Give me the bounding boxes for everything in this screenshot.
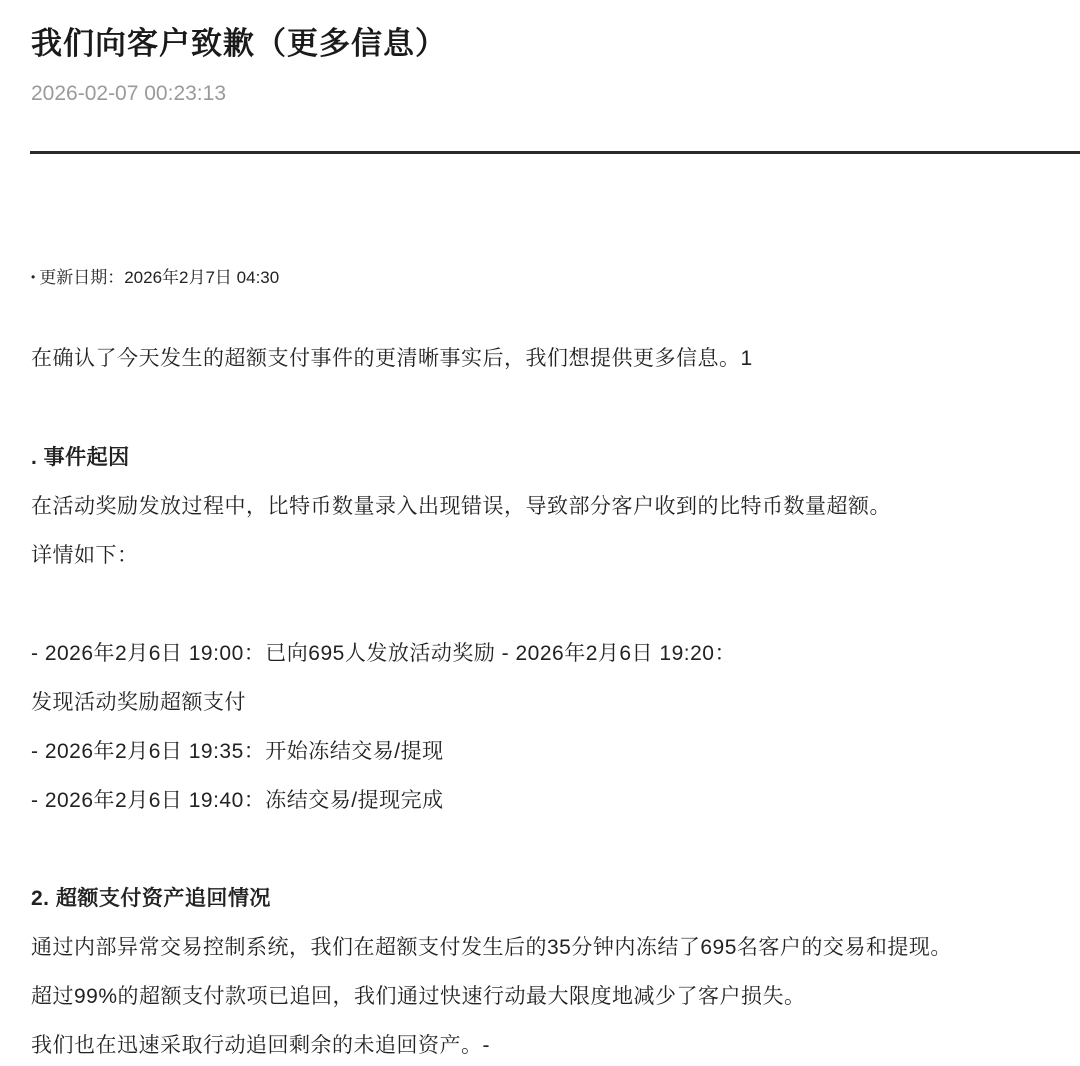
bullet-icon: •	[31, 270, 35, 284]
timeline-item: 发现活动奖励超额支付	[31, 686, 246, 716]
details-label: 详情如下：	[31, 539, 139, 569]
section-2-paragraph: 超过99%的超额支付款项已追回，我们通过快速行动最大限度地减少了客户损失。	[31, 980, 806, 1010]
intro-paragraph: 在确认了今天发生的超额支付事件的更清晰事实后，我们想提供更多信息。1	[31, 342, 753, 372]
timeline-item: - 2026年2月6日 19:35：开始冻结交易/提现	[31, 735, 444, 765]
update-date-label: 更新日期：	[39, 268, 124, 287]
title-divider	[30, 151, 1080, 154]
timeline-item: - 2026年2月6日 19:40：冻结交易/提现完成	[31, 784, 444, 814]
article-title: 我们向客户致歉（更多信息）	[31, 18, 447, 63]
article-timestamp: 2026-02-07 00:23:13	[31, 82, 226, 106]
section-1-paragraph: 在活动奖励发放过程中，比特币数量录入出现错误，导致部分客户收到的比特币数量超额。	[31, 490, 891, 520]
update-date: •更新日期：2026年2月7日 04:30	[31, 263, 279, 288]
section-2-paragraph: 通过内部异常交易控制系统，我们在超额支付发生后的35分钟内冻结了695名客户的交…	[31, 931, 952, 961]
timeline-item: - 2026年2月6日 19:00：已向695人发放活动奖励 - 2026年2月…	[31, 637, 736, 667]
update-date-value: 2026年2月7日 04:30	[124, 268, 279, 287]
section-1-heading: . 事件起因	[31, 441, 130, 471]
section-2-paragraph: 我们也在迅速采取行动追回剩余的未追回资产。-	[31, 1029, 490, 1059]
section-2-heading: 2. 超额支付资产追回情况	[31, 882, 271, 912]
